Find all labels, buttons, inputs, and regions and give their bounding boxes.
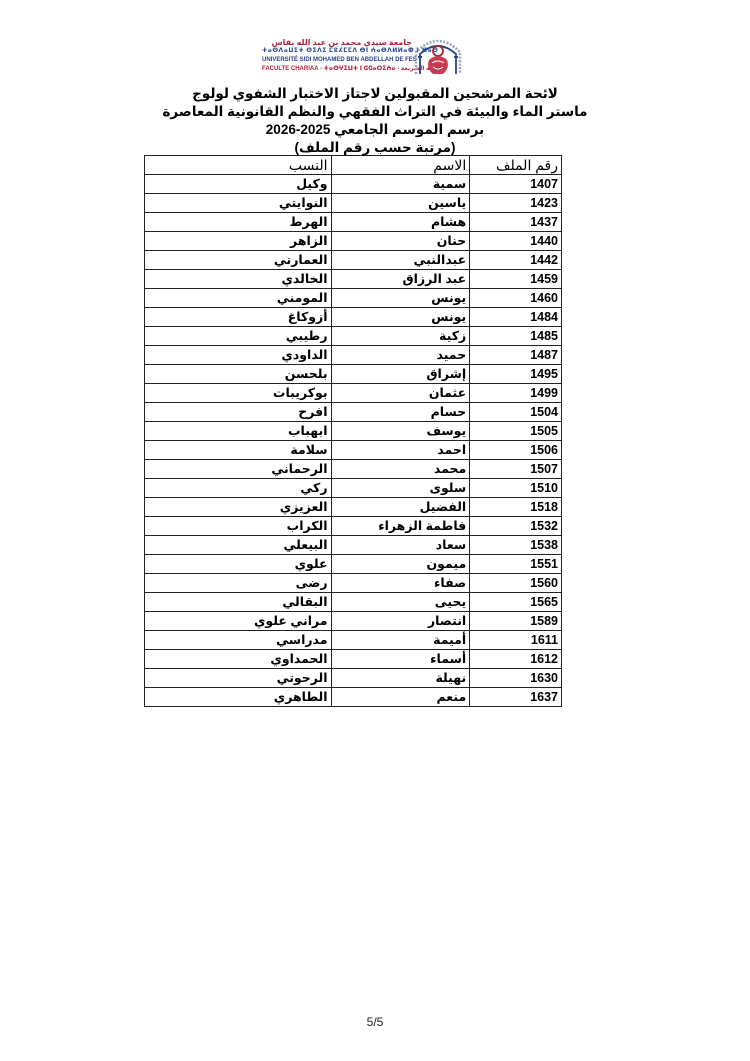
table-row: 1407سميةوكيل xyxy=(145,175,562,194)
cell-last-name: الرحماني xyxy=(145,460,332,479)
page-number: 5/5 xyxy=(0,1015,750,1029)
cell-last-name: رضى xyxy=(145,574,332,593)
table-header-row: رقم الملف الاسم النسب xyxy=(145,156,562,175)
cell-file-number: 1538 xyxy=(470,536,562,555)
cell-first-name: أسماء xyxy=(331,650,470,669)
cell-file-number: 1442 xyxy=(470,251,562,270)
header-last-name: النسب xyxy=(145,156,332,175)
cell-first-name: إشراق xyxy=(331,365,470,384)
table-row: 1485زكيةرطيبي xyxy=(145,327,562,346)
table-row: 1484يونسأزوكاغ xyxy=(145,308,562,327)
cell-last-name: وكيل xyxy=(145,175,332,194)
title-line-3: برسم الموسم الجامعي 2025-2026 xyxy=(140,121,610,139)
table-row: 1487حميدالداودي xyxy=(145,346,562,365)
cell-last-name: الطاهري xyxy=(145,688,332,707)
table-row: 1459عبد الرزاقالخالدي xyxy=(145,270,562,289)
cell-file-number: 1565 xyxy=(470,593,562,612)
cell-last-name: الهرط xyxy=(145,213,332,232)
cell-last-name: المومني xyxy=(145,289,332,308)
cell-first-name: أميمة xyxy=(331,631,470,650)
table-row: 1532فاطمة الزهراءالكراب xyxy=(145,517,562,536)
table-row: 1437هشامالهرط xyxy=(145,213,562,232)
cell-first-name: حسام xyxy=(331,403,470,422)
cell-first-name: عبدالنبي xyxy=(331,251,470,270)
cell-last-name: البقالي xyxy=(145,593,332,612)
table-row: 1637منعمالطاهري xyxy=(145,688,562,707)
cell-first-name: فاطمة الزهراء xyxy=(331,517,470,536)
cell-last-name: بوكريبات xyxy=(145,384,332,403)
table-row: 1611أميمةمدراسي xyxy=(145,631,562,650)
cell-file-number: 1485 xyxy=(470,327,562,346)
header-first-name: الاسم xyxy=(331,156,470,175)
logo-tifinagh-name: ⵜⴰⵙⴷⴰⵡⵉⵜ ⵙⵉⴷⵉ ⵎⵓⵃⵎⵎⴷ ⴱⵏ ⵄⴰⴱⴷⵍⵍⴰⵀ ⵏ ⴼⴰⵙ xyxy=(262,47,412,56)
table-row: 1505يوسفابهباب xyxy=(145,422,562,441)
logo-text: جامعة سيدي محمد بن عبد الله بفاس ⵜⴰⵙⴷⴰⵡⵉ… xyxy=(262,38,412,74)
cell-first-name: حنان xyxy=(331,232,470,251)
cell-file-number: 1612 xyxy=(470,650,562,669)
cell-last-name: أزوكاغ xyxy=(145,308,332,327)
table-row: 1589انتصارمراني علوي xyxy=(145,612,562,631)
logo-faculty-name: FACULTE CHARIAA - ⵜⴰⵙⵖⵉⵡⵜ ⵏ ⵛⵛⴰⵔⵉⵄⴰ - كل… xyxy=(262,65,412,74)
cell-first-name: سعاد xyxy=(331,536,470,555)
title-line-1: لائحة المرشحين المقبولين لاجتاز الاختبار… xyxy=(140,85,610,103)
cell-last-name: الحمداوي xyxy=(145,650,332,669)
cell-last-name: الرحوتي xyxy=(145,669,332,688)
cell-last-name: الزاهر xyxy=(145,232,332,251)
cell-first-name: يحيى xyxy=(331,593,470,612)
cell-first-name: ياسين xyxy=(331,194,470,213)
cell-first-name: منعم xyxy=(331,688,470,707)
cell-last-name: النوايتي xyxy=(145,194,332,213)
header-file-number: رقم الملف xyxy=(470,156,562,175)
cell-last-name: مراني علوي xyxy=(145,612,332,631)
cell-file-number: 1423 xyxy=(470,194,562,213)
table-row: 1565يحيىالبقالي xyxy=(145,593,562,612)
cell-file-number: 1532 xyxy=(470,517,562,536)
cell-file-number: 1460 xyxy=(470,289,562,308)
table-row: 1499عثمانبوكريبات xyxy=(145,384,562,403)
cell-file-number: 1499 xyxy=(470,384,562,403)
cell-last-name: العمارتي xyxy=(145,251,332,270)
table-row: 1504حسامافرح xyxy=(145,403,562,422)
table-row: 1423ياسينالنوايتي xyxy=(145,194,562,213)
cell-file-number: 1589 xyxy=(470,612,562,631)
cell-last-name: رطيبي xyxy=(145,327,332,346)
table-row: 1460يونسالمومني xyxy=(145,289,562,308)
table-row: 1495إشراقبلحسن xyxy=(145,365,562,384)
cell-file-number: 1459 xyxy=(470,270,562,289)
cell-last-name: الداودي xyxy=(145,346,332,365)
table-row: 1510سلوىركي xyxy=(145,479,562,498)
cell-file-number: 1637 xyxy=(470,688,562,707)
cell-file-number: 1495 xyxy=(470,365,562,384)
cell-first-name: زكية xyxy=(331,327,470,346)
cell-first-name: عبد الرزاق xyxy=(331,270,470,289)
logo-french-name: UNIVERSITÉ SIDI MOHAMED BEN ABDELLAH DE … xyxy=(262,56,412,65)
cell-file-number: 1407 xyxy=(470,175,562,194)
table-row: 1506احمدسلامة xyxy=(145,441,562,460)
cell-first-name: صفاء xyxy=(331,574,470,593)
cell-first-name: يونس xyxy=(331,289,470,308)
cell-first-name: حميد xyxy=(331,346,470,365)
cell-last-name: الخالدي xyxy=(145,270,332,289)
cell-last-name: علوي xyxy=(145,555,332,574)
document-titles: لائحة المرشحين المقبولين لاجتاز الاختبار… xyxy=(140,85,610,157)
cell-last-name: البيعلي xyxy=(145,536,332,555)
cell-last-name: بلحسن xyxy=(145,365,332,384)
title-line-2: ماستر الماء والبيئة في التراث الفقهي وال… xyxy=(140,103,610,121)
cell-first-name: سلوى xyxy=(331,479,470,498)
table-row: 1442عبدالنبيالعمارتي xyxy=(145,251,562,270)
cell-first-name: سمية xyxy=(331,175,470,194)
table-row: 1630نهيلةالرحوتي xyxy=(145,669,562,688)
table-row: 1560صفاءرضى xyxy=(145,574,562,593)
logo-arabic-name: جامعة سيدي محمد بن عبد الله بفاس xyxy=(262,38,412,47)
cell-file-number: 1506 xyxy=(470,441,562,460)
cell-file-number: 1510 xyxy=(470,479,562,498)
table-row: 1440حنانالزاهر xyxy=(145,232,562,251)
cell-first-name: الفضيل xyxy=(331,498,470,517)
candidates-table: رقم الملف الاسم النسب 1407سميةوكيل1423يا… xyxy=(144,155,562,707)
table-row: 1538سعادالبيعلي xyxy=(145,536,562,555)
cell-file-number: 1505 xyxy=(470,422,562,441)
cell-file-number: 1611 xyxy=(470,631,562,650)
cell-last-name: ابهباب xyxy=(145,422,332,441)
cell-file-number: 1437 xyxy=(470,213,562,232)
university-logo: جامعة سيدي محمد بن عبد الله بفاس ⵜⴰⵙⴷⴰⵡⵉ… xyxy=(262,36,472,78)
cell-last-name: العزيزي xyxy=(145,498,332,517)
table-row: 1551ميمونعلوي xyxy=(145,555,562,574)
cell-first-name: انتصار xyxy=(331,612,470,631)
cell-file-number: 1504 xyxy=(470,403,562,422)
cell-file-number: 1630 xyxy=(470,669,562,688)
cell-first-name: ميمون xyxy=(331,555,470,574)
cell-first-name: يونس xyxy=(331,308,470,327)
cell-file-number: 1507 xyxy=(470,460,562,479)
table-row: 1507محمدالرحماني xyxy=(145,460,562,479)
cell-first-name: يوسف xyxy=(331,422,470,441)
cell-last-name: ركي xyxy=(145,479,332,498)
cell-last-name: الكراب xyxy=(145,517,332,536)
cell-file-number: 1487 xyxy=(470,346,562,365)
cell-first-name: احمد xyxy=(331,441,470,460)
cell-file-number: 1560 xyxy=(470,574,562,593)
table-row: 1518الفضيلالعزيزي xyxy=(145,498,562,517)
cell-file-number: 1518 xyxy=(470,498,562,517)
cell-first-name: نهيلة xyxy=(331,669,470,688)
cell-first-name: هشام xyxy=(331,213,470,232)
cell-first-name: عثمان xyxy=(331,384,470,403)
university-emblem-icon xyxy=(412,34,464,78)
table-row: 1612أسماءالحمداوي xyxy=(145,650,562,669)
cell-last-name: افرح xyxy=(145,403,332,422)
cell-first-name: محمد xyxy=(331,460,470,479)
cell-file-number: 1551 xyxy=(470,555,562,574)
cell-last-name: سلامة xyxy=(145,441,332,460)
cell-file-number: 1484 xyxy=(470,308,562,327)
cell-last-name: مدراسي xyxy=(145,631,332,650)
cell-file-number: 1440 xyxy=(470,232,562,251)
